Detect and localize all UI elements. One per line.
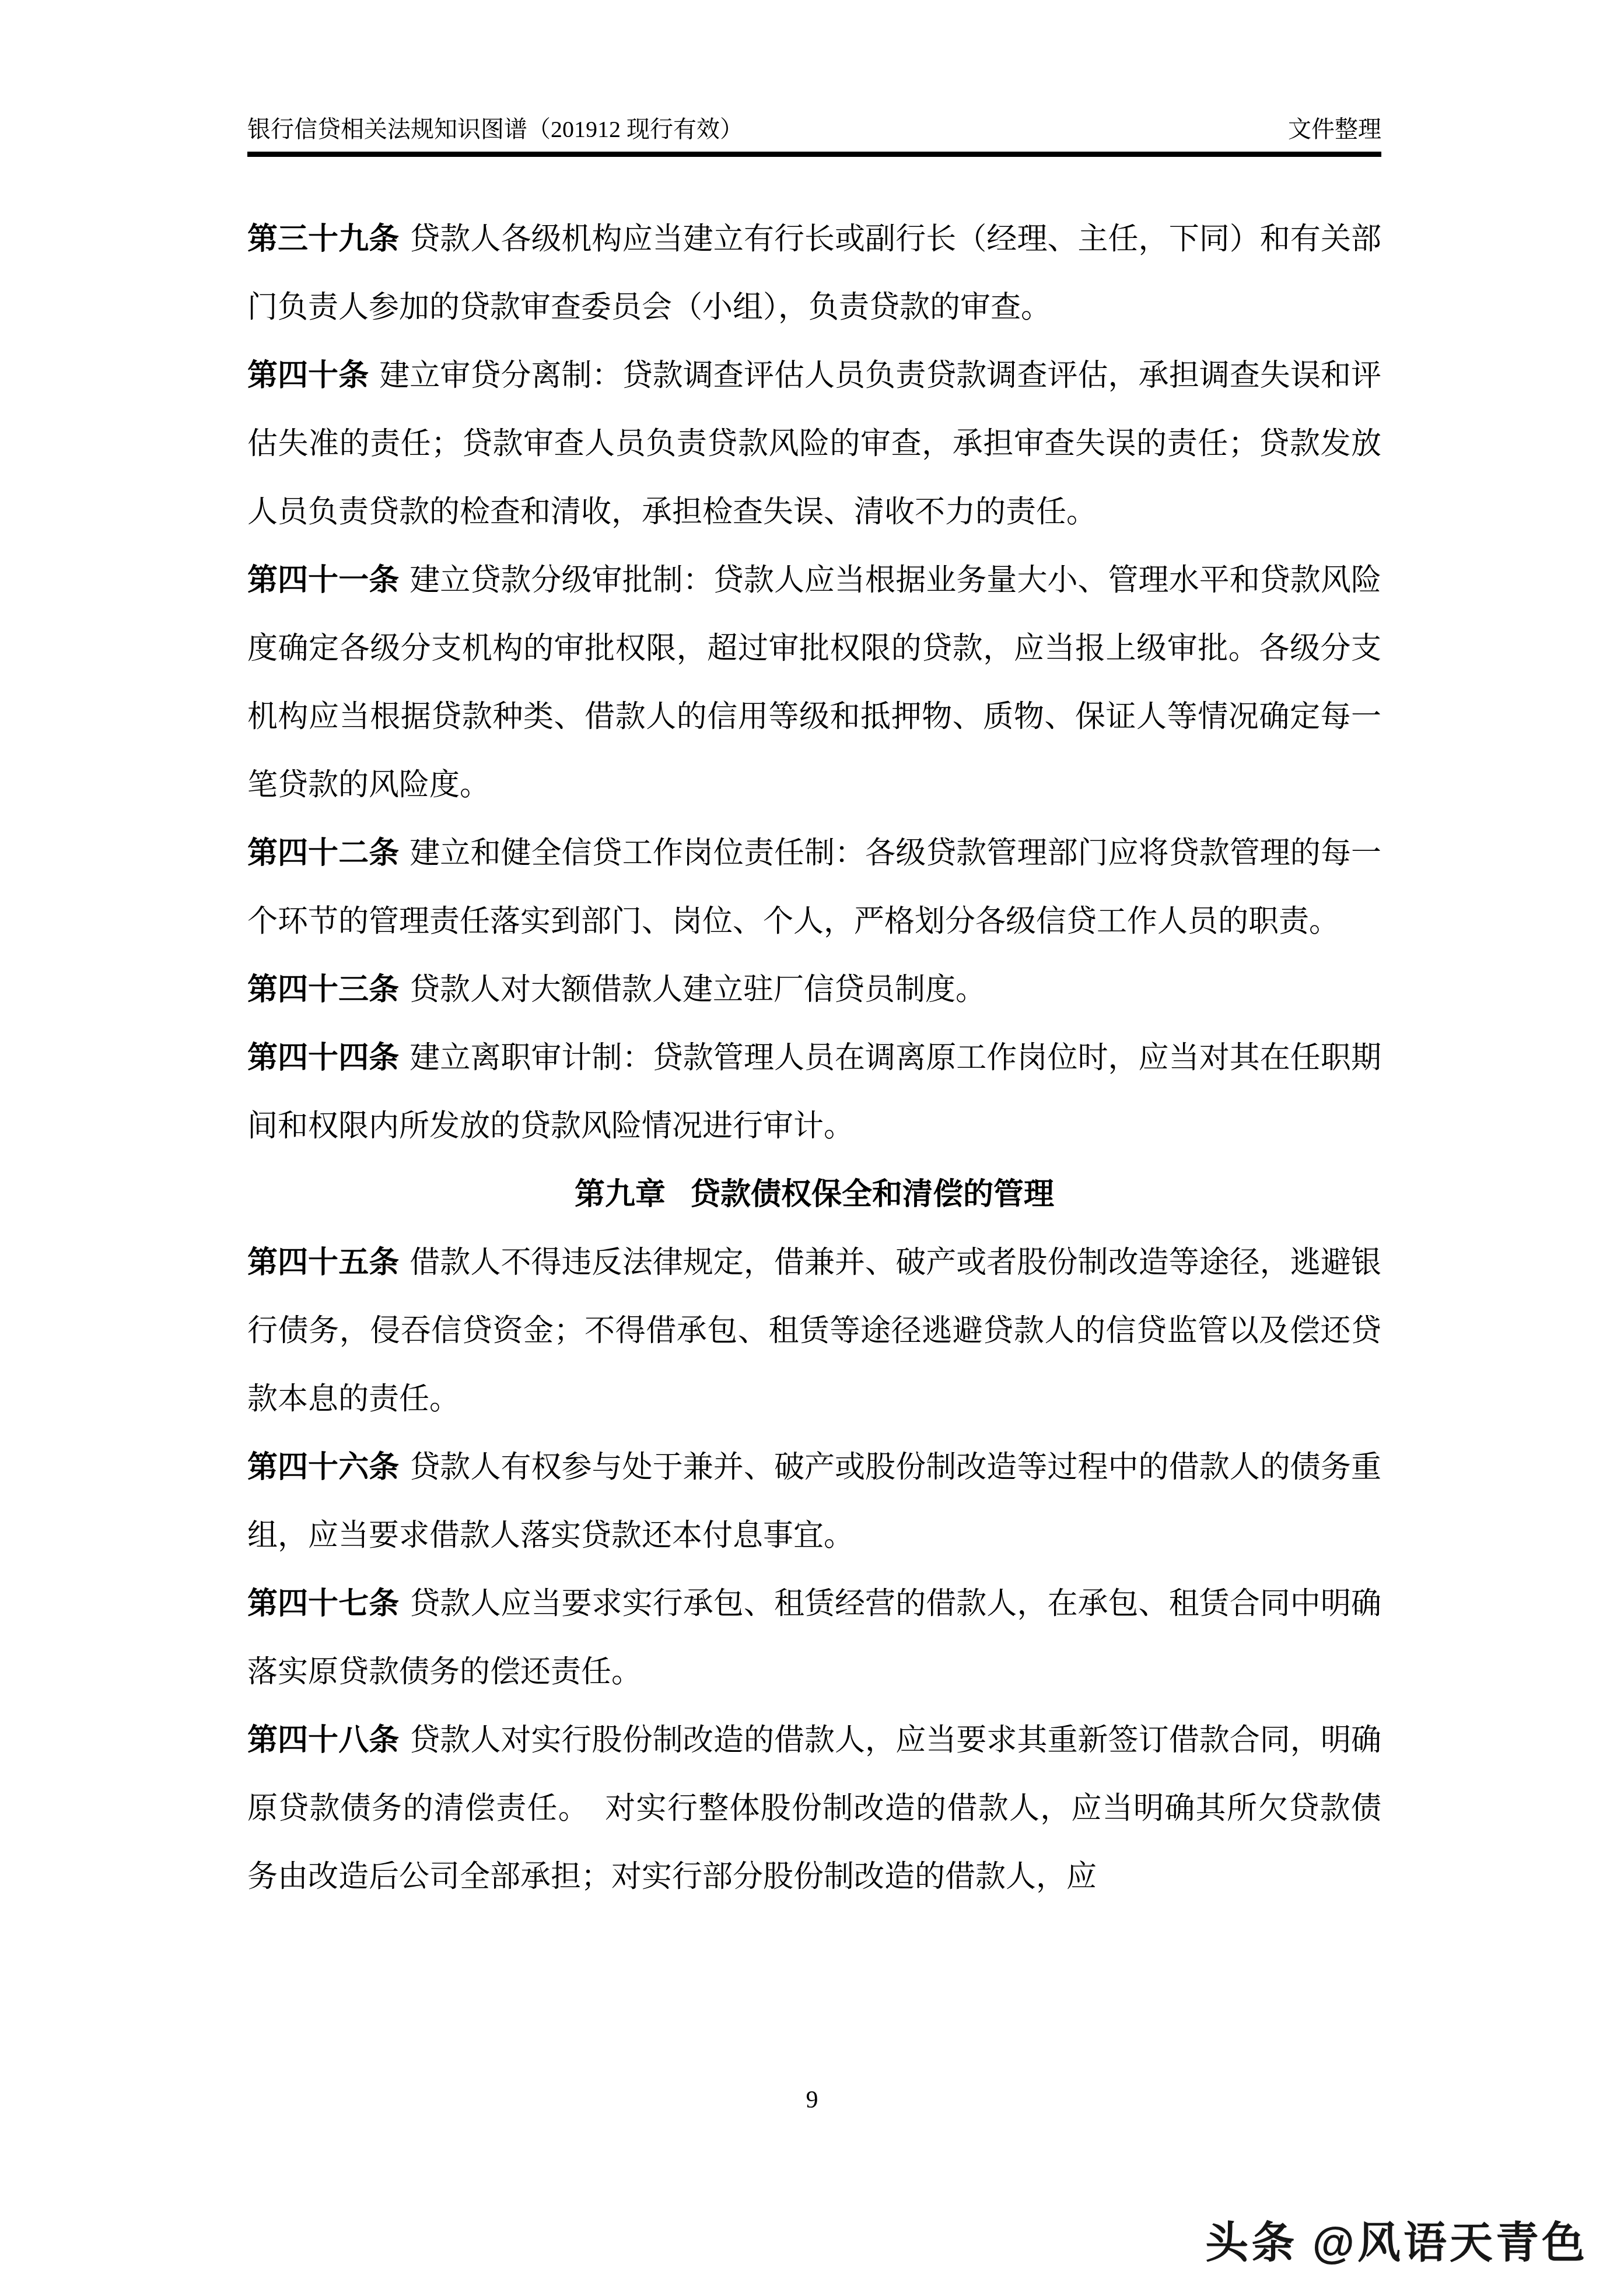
document-page: { "header": { "title": "银行信贷相关法规知识图谱（201… <box>0 0 1624 2296</box>
page-header: 银行信贷相关法规知识图谱（201912 现行有效） 文件整理 <box>247 115 1381 157</box>
chapter-title: 贷款债权保全和清偿的管理 <box>690 1177 1054 1211</box>
article-paragraph: 第四十七条贷款人应当要求实行承包、租赁经营的借款人，在承包、租赁合同中明确落实原… <box>247 1570 1381 1706</box>
article-number: 第四十二条 <box>247 836 399 870</box>
article-paragraph: 第四十六条贷款人有权参与处于兼并、破产或股份制改造等过程中的借款人的债务重组，应… <box>247 1433 1381 1570</box>
article-text: 建立贷款分级审批制：贷款人应当根据业务量大小、管理水平和贷款风险度确定各级分支机… <box>247 564 1381 802</box>
article-paragraph: 第四十条建立审贷分离制：贷款调查评估人员负责贷款调查评估，承担调查失误和评估失准… <box>247 342 1381 546</box>
header-note: 文件整理 <box>1288 115 1381 143</box>
document-body: 第三十九条贷款人各级机构应当建立有行长或副行长（经理、主任，下同）和有关部门负责… <box>247 205 1381 1911</box>
article-number: 第四十五条 <box>247 1246 399 1280</box>
article-number: 第四十四条 <box>247 1041 399 1075</box>
article-paragraph: 第四十八条贷款人对实行股份制改造的借款人，应当要求其重新签订借款合同，明确原贷款… <box>247 1706 1381 1911</box>
article-text: 建立离职审计制：贷款管理人员在调离原工作岗位时，应当对其在任职期间和权限内所发放… <box>247 1042 1381 1143</box>
article-number: 第四十条 <box>247 359 369 392</box>
header-doc-title: 银行信贷相关法规知识图谱（201912 现行有效） <box>247 115 743 143</box>
article-paragraph: 第四十一条建立贷款分级审批制：贷款人应当根据业务量大小、管理水平和贷款风险度确定… <box>247 546 1381 819</box>
article-number: 第四十三条 <box>247 973 399 1007</box>
chapter-heading: 第九章贷款债权保全和清偿的管理 <box>247 1161 1381 1229</box>
article-number: 第三十九条 <box>247 222 399 256</box>
article-text: 建立审贷分离制：贷款调查评估人员负责贷款调查评估，承担调查失误和评估失准的责任；… <box>247 359 1381 529</box>
article-text: 借款人不得违反法律规定，借兼并、破产或者股份制改造等途径，逃避银行债务，侵吞信贷… <box>247 1246 1381 1416</box>
article-paragraph: 第四十五条借款人不得违反法律规定，借兼并、破产或者股份制改造等途径，逃避银行债务… <box>247 1229 1381 1433</box>
article-text: 建立和健全信贷工作岗位责任制：各级贷款管理部门应将贷款管理的每一个环节的管理责任… <box>247 837 1381 938</box>
watermark: 头条 @风语天青色 <box>1205 2218 1588 2267</box>
article-paragraph: 第四十四条建立离职审计制：贷款管理人员在调离原工作岗位时，应当对其在任职期间和权… <box>247 1024 1381 1161</box>
article-text: 贷款人各级机构应当建立有行长或副行长（经理、主任，下同）和有关部门负责人参加的贷… <box>247 223 1381 324</box>
article-number: 第四十六条 <box>247 1450 399 1484</box>
article-number: 第四十八条 <box>247 1723 399 1757</box>
chapter-number: 第九章 <box>575 1177 666 1211</box>
article-number: 第四十七条 <box>247 1587 399 1621</box>
article-text: 贷款人对大额借款人建立驻厂信贷员制度。 <box>409 973 986 1007</box>
page-number: 9 <box>0 2085 1624 2115</box>
article-text: 贷款人对实行股份制改造的借款人，应当要求其重新签订借款合同，明确原贷款债务的清偿… <box>247 1724 1381 1894</box>
article-paragraph: 第四十三条贷款人对大额借款人建立驻厂信贷员制度。 <box>247 956 1381 1024</box>
article-text: 贷款人应当要求实行承包、租赁经营的借款人，在承包、租赁合同中明确落实原贷款债务的… <box>247 1587 1381 1689</box>
article-paragraph: 第四十二条建立和健全信贷工作岗位责任制：各级贷款管理部门应将贷款管理的每一个环节… <box>247 819 1381 956</box>
article-number: 第四十一条 <box>247 563 399 597</box>
article-paragraph: 第三十九条贷款人各级机构应当建立有行长或副行长（经理、主任，下同）和有关部门负责… <box>247 205 1381 342</box>
article-text: 贷款人有权参与处于兼并、破产或股份制改造等过程中的借款人的债务重组，应当要求借款… <box>247 1451 1381 1552</box>
